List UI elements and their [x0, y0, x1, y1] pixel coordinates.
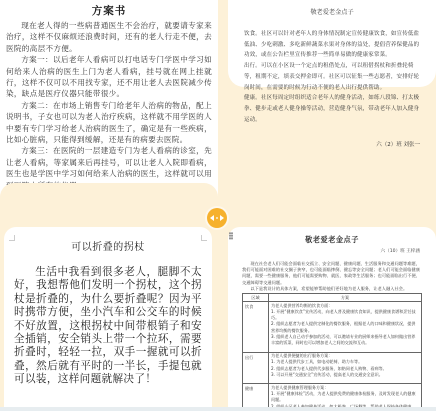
comparison-grid: 方案书 现在老人得的一些病普通医生不会治疗，就要请专家来治疗，这样不仅麻烦还浪费…	[0, 0, 436, 411]
document-title: 方案书	[6, 3, 212, 18]
plan-line: 3. 组织老人自己动手参加的活动，可以邀请专业的厨师来指导老人如何做出营养丰富的…	[271, 334, 419, 346]
column-header-plan: 方案	[269, 294, 422, 302]
document-panel-plan[interactable]: 方案书 现在老人得的一些病普通医生不会治疗，就要请专家来治疗，这样不仅麻烦还浪费…	[0, 0, 218, 205]
paragraph: 方案二：在市场上销售专门给老年人治病的物品，配上说明书，子女也可以为老人治疗疾病…	[6, 100, 212, 146]
crop-mark-icon	[201, 235, 207, 241]
table-row: 出行 为老人提供便捷的出行服务方案： 1. 为老人提供代步工具，如电动轮椅、助力…	[243, 352, 422, 384]
paragraph: 健康。社区每周定时组织适合老年人的健身活动，如练八段锦、打太极拳、健步走或老人健…	[244, 93, 420, 125]
document-panel-ideas-2[interactable]: 敬老爱老金点子 六（10）班 王梓涵 现在社会老人们可能会面临社交孤立、安全问题…	[218, 205, 436, 411]
paragraph: 方案一：以后老年人看病可以打电话专门学医中学习如何给来人治病的医生上门为老人看病…	[6, 54, 212, 100]
document-panel-folding-cane[interactable]: 可以折叠的拐杖 生活中我看到很多老人，腿脚不太好，我想帮他们发明一个拐杖，这个拐…	[0, 205, 218, 411]
area-cell: 饮食	[243, 302, 269, 352]
document-title: 可以折叠的拐杖	[14, 238, 202, 253]
plan-cell: 为老人提供营养均衡的饮食方面： 1. 开展“健康饮食”宣传活动，向老人普及健康饮…	[269, 302, 422, 352]
panel-bottom-edge	[0, 407, 218, 411]
plan-line: 1. 开展“健康饮食”宣传活动，向老人普及健康饮食知识，提供健康食谱和烹饪技巧。	[271, 309, 419, 321]
drag-handle-icon[interactable]	[229, 232, 233, 240]
panel-gutter	[0, 183, 218, 205]
document-panel-ideas-1[interactable]: 敬老爱老金点子 饮食。社区可以针对老年人的身体情况制定宣传健康饮食，如宣传低盐低…	[218, 0, 436, 205]
paragraph: 出行。可以在小区设一个定点的租借处点，可以租借拐杖和折叠轮椅等，租期不定，填表交…	[244, 61, 420, 93]
compare-arrows-icon	[210, 214, 224, 222]
spacer	[271, 346, 419, 351]
document-card: 敬老爱老金点子 六（10）班 王梓涵 现在社会老人们可能会面临社交孤立、安全问题…	[228, 227, 436, 411]
paragraph: 以下是我设计的具体方案，希望能够帮助他们更好地为老人服务，让老人融入社会。	[242, 286, 422, 292]
author-byline: 六（10）班 王梓涵	[242, 248, 420, 254]
document-title: 敬老爱老金点子	[244, 7, 420, 16]
crop-mark-icon	[9, 235, 15, 241]
paragraph: 现在老人得的一些病普通医生不会治疗，就要请专家来治疗，这样不仅麻烦还浪费时间，还…	[6, 20, 212, 54]
paragraph: 生活中我看到很多老人，腿脚不太好，我想帮他们发明一个拐杖，这个拐杖是折叠的，为什…	[14, 266, 202, 387]
spacer	[271, 378, 419, 383]
table-row: 饮食 为老人提供营养均衡的饮食方面： 1. 开展“健康饮食”宣传活动，向老人普及…	[243, 302, 422, 352]
table-header-row: 区域 方案	[243, 294, 422, 302]
plan-line: 2. 组织志愿者为老人提供定制化的餐饮服务，根据老人的口味和健康状况，提供营养均…	[271, 321, 419, 333]
panel-bottom-edge	[218, 407, 436, 411]
plan-cell: 为老人提供便捷的出行服务方案： 1. 为老人提供代步工具，如电动轮椅、助力车等。…	[269, 352, 422, 384]
plan-line: 1. 开展“健康体检”活动，为老人提供免费的健康体检服务，及时发现老人的健康问题…	[271, 391, 419, 403]
area-cell: 出行	[243, 352, 269, 384]
document-card: 敬老爱老金点子 饮食。社区可以针对老年人的身体情况制定宣传健康饮食，如宣传低盐低…	[228, 0, 436, 87]
signature: 六（2）班 刘张一	[244, 140, 420, 148]
paragraph: 现在社会老人们可能会面临社交孤立、安全问题、健康问题、生活服务和交通问题等难题，…	[242, 261, 422, 286]
paragraph: 饮食。社区可以针对老年人的身体情况制定宣传健康饮食，如宣传低盐低油、少吃刺激、多…	[244, 29, 420, 61]
plan-table: 区域 方案 饮食 为老人提供营养均衡的饮食方面： 1. 开展“健康饮食”宣传活动…	[242, 293, 422, 411]
document-title: 敬老爱老金点子	[242, 235, 422, 245]
compare-slider-handle[interactable]	[207, 208, 227, 228]
document-card: 可以折叠的拐杖 生活中我看到很多老人，腿脚不太好，我想帮他们发明一个拐杖，这个拐…	[4, 227, 212, 407]
column-header-area: 区域	[243, 294, 269, 302]
